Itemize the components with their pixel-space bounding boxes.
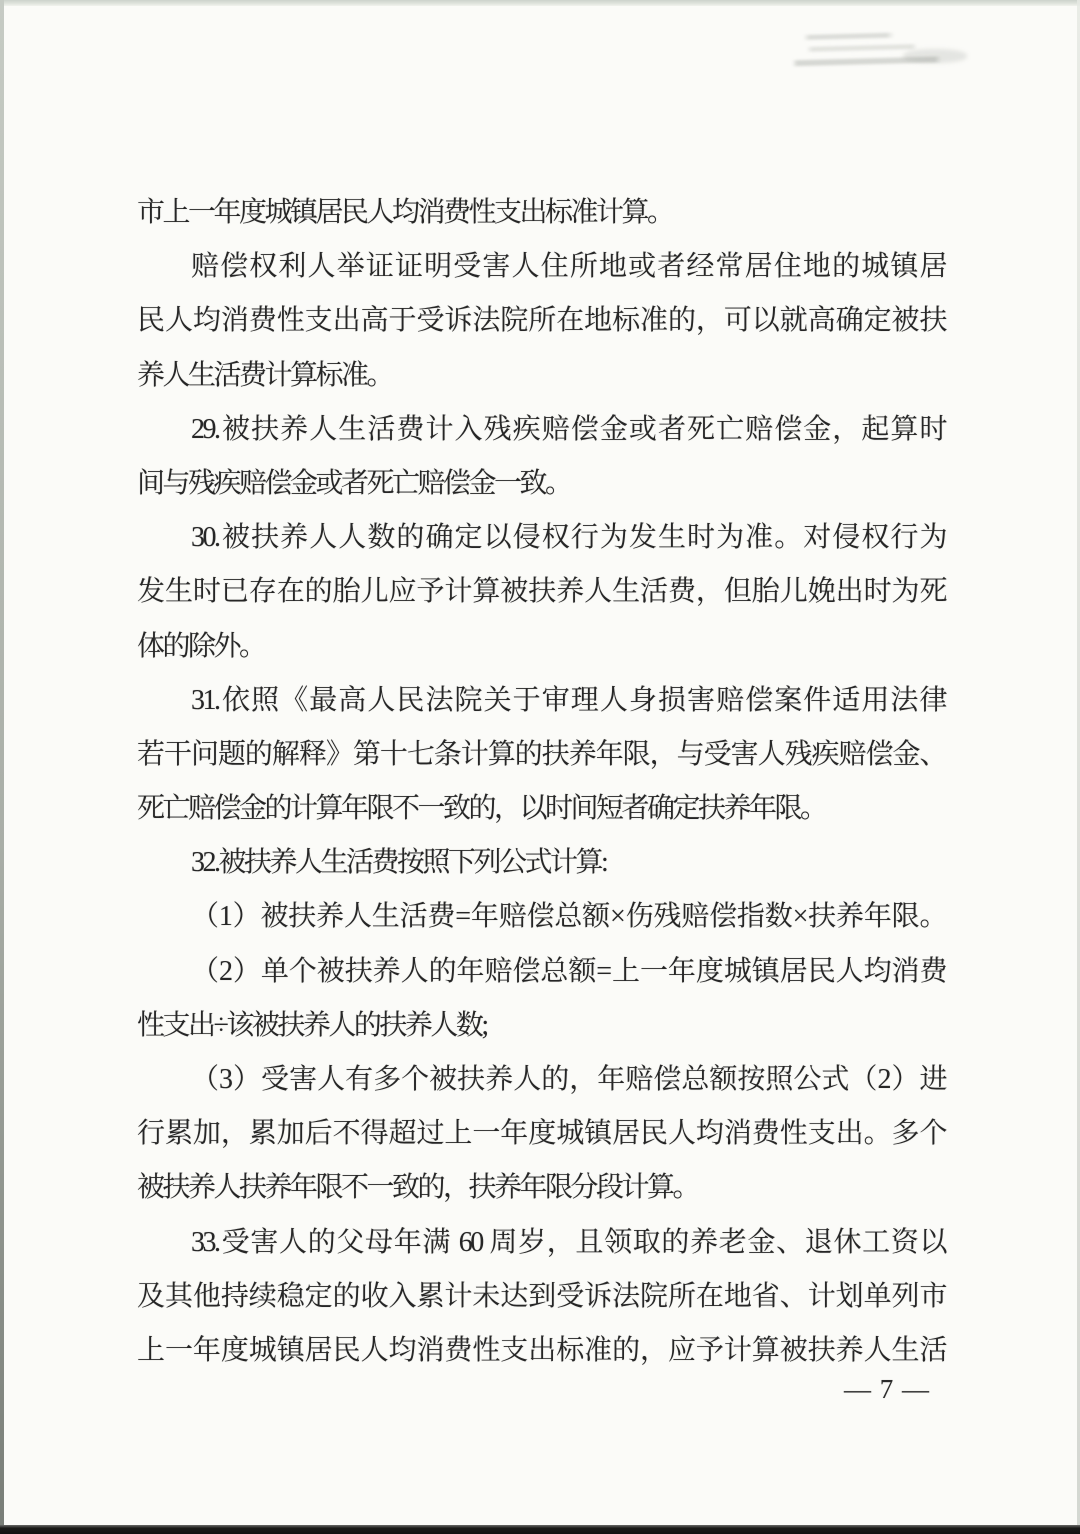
scan-edge-left — [0, 0, 4, 1534]
scanned-document-page: 市上一年度城镇居民人均消费性支出标准计算。赔偿权利人举证证明受害人住所地或者经常… — [0, 0, 1080, 1534]
text-line: 31.依照《最高人民法院关于审理人身损害赔偿案件适用法律 — [137, 674, 945, 728]
text-line: 32.被扶养人生活费按照下列公式计算: — [137, 836, 945, 890]
scan-edge-top — [0, 0, 1080, 6]
text-line: 行累加，累加后不得超过上一年度城镇居民人均消费性支出。多个 — [137, 1107, 945, 1161]
text-line: 33.受害人的父母年满 60 周岁，且领取的养老金、退休工资以 — [137, 1216, 945, 1270]
scan-edge-bottom — [0, 1525, 1080, 1534]
text-line: 若干问题的解释》第十七条计算的扶养年限，与受害人残疾赔偿金、 — [137, 728, 945, 782]
text-line: 赔偿权利人举证证明受害人住所地或者经常居住地的城镇居 — [137, 240, 945, 294]
text-line: 29.被扶养人生活费计入残疾赔偿金或者死亡赔偿金，起算时 — [137, 403, 945, 457]
text-line: 被扶养人扶养年限不一致的，扶养年限分段计算。 — [137, 1161, 945, 1215]
text-line: 民人均消费性支出高于受诉法院所在地标准的，可以就高确定被扶 — [137, 294, 945, 348]
text-line: 养人生活费计算标准。 — [137, 349, 945, 403]
text-line: （1）被扶养人生活费=年赔偿总额×伤残赔偿指数×扶养年限。 — [137, 890, 945, 944]
text-line: （3）受害人有多个被扶养人的，年赔偿总额按照公式（2）进 — [137, 1053, 945, 1107]
text-line: 体的除外。 — [137, 620, 945, 674]
text-line: 市上一年度城镇居民人均消费性支出标准计算。 — [137, 186, 945, 240]
ink-bleed-smudge — [903, 49, 967, 63]
text-line: 发生时已存在的胎儿应予计算被扶养人生活费，但胎儿娩出时为死 — [137, 565, 945, 619]
text-line: 间与残疾赔偿金或者死亡赔偿金一致。 — [137, 457, 945, 511]
text-line: 死亡赔偿金的计算年限不一致的，以时间短者确定扶养年限。 — [137, 782, 945, 836]
text-line: 30.被扶养人人数的确定以侵权行为发生时为准。对侵权行为 — [137, 511, 945, 565]
text-line: （2）单个被扶养人的年赔偿总额=上一年度城镇居民人均消费 — [137, 945, 945, 999]
text-line: 上一年度城镇居民人均消费性支出标准的，应予计算被扶养人生活 — [137, 1324, 945, 1378]
page-number: — 7 — — [844, 1372, 930, 1406]
text-line: 性支出÷该被扶养人的扶养人数; — [137, 999, 945, 1053]
text-line: 及其他持续稳定的收入累计未达到受诉法院所在地省、计划单列市 — [137, 1270, 945, 1324]
document-body-text: 市上一年度城镇居民人均消费性支出标准计算。赔偿权利人举证证明受害人住所地或者经常… — [137, 186, 945, 1378]
